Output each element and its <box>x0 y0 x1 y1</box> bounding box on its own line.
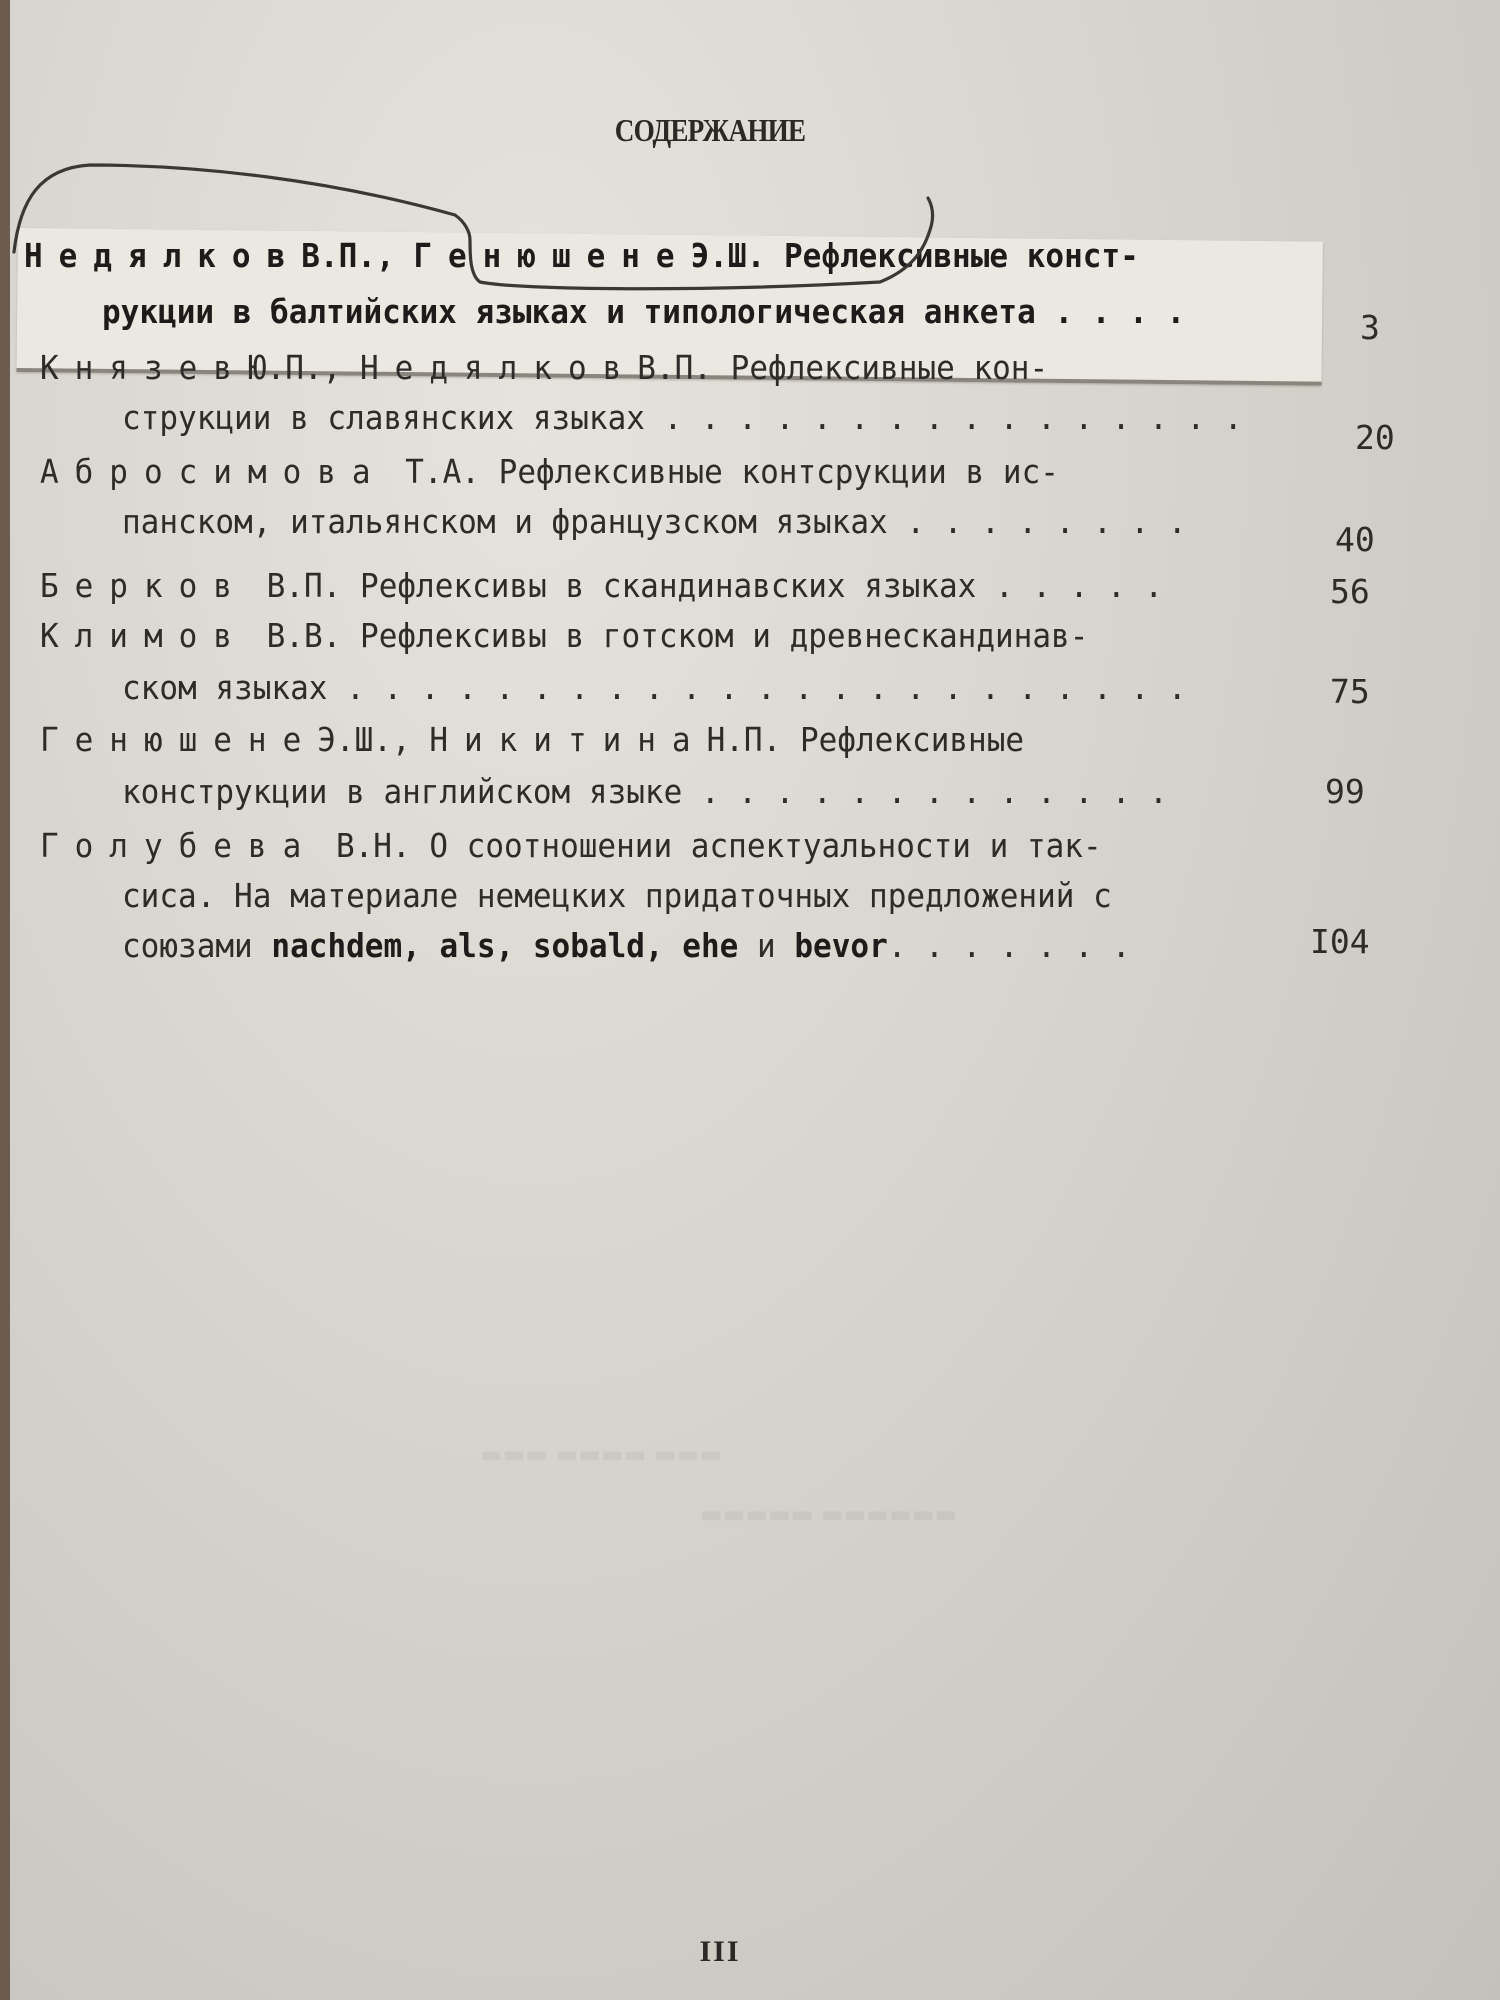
entry-title-continuation: рукции в балтийских языках и типологичес… <box>102 292 1185 332</box>
entry-title-continuation: ском языках . . . . . . . . . . . . . . … <box>122 668 1187 708</box>
entry-page-number: 20 <box>1355 418 1395 458</box>
entry-title: Рефлексивные <box>800 720 1024 759</box>
toc-entry-heading-line: Климов В.В. Рефлексивы в готском и древн… <box>40 616 1088 656</box>
author-initials: Э.Ш., <box>317 720 410 759</box>
author-surname: Климов <box>40 616 248 655</box>
page-title: СОДЕРЖАНИЕ <box>107 112 1314 149</box>
entry-title: Рефлексивы в готском и древнескандинав- <box>360 616 1088 655</box>
toc-entry-heading-line: НедялковВ.П., ГенюшенеЭ.Ш. Рефлексивные … <box>24 236 1139 276</box>
entry-page-number: 75 <box>1330 672 1370 712</box>
show-through-text: ▬▬▬▬▬ ▬▬▬▬▬▬ <box>700 1500 957 1528</box>
author-surname: Недялков <box>360 348 637 387</box>
show-through-text: ▬▬▬ ▬▬▬▬ ▬▬▬ <box>480 1440 722 1468</box>
german-conjunctions: nachdem, als, sobald, ehe <box>271 926 738 965</box>
entry-page-number: 3 <box>1360 308 1380 348</box>
author-initials: В.В. <box>267 616 342 655</box>
entry-title-continuation: конструкции в английском языке . . . . .… <box>122 772 1168 812</box>
author-surname: Берков <box>40 566 248 605</box>
author-initials: В.П. <box>637 348 712 387</box>
dot-leader: . . . . . . . <box>888 926 1131 965</box>
author-surname: Князев <box>40 348 248 387</box>
author-surname: Абросимова <box>40 452 387 491</box>
german-conjunctions: bevor <box>794 926 887 965</box>
entry-page-number: I04 <box>1310 922 1370 962</box>
author-initials: Э.Ш. <box>691 236 766 275</box>
book-spine-edge <box>0 0 10 2000</box>
entry-page-number: 40 <box>1335 520 1375 560</box>
toc-entry-heading-line: Абросимова Т.А. Рефлексивные контсрукции… <box>40 452 1059 492</box>
entry-page-number: 56 <box>1330 572 1370 612</box>
author-initials: Н.П. <box>707 720 782 759</box>
author-surname: Никитина <box>429 720 706 759</box>
entry-title-fragment: и <box>757 926 776 965</box>
author-initials: В.П. <box>267 566 342 605</box>
toc-entry-heading-line: Берков В.П. Рефлексивы в скандинавских я… <box>40 566 1163 606</box>
author-surname: Голубева <box>40 826 317 865</box>
author-initials: Т.А. <box>405 452 480 491</box>
entry-title: Рефлексивные конст- <box>784 236 1139 275</box>
entry-title-continuation: союзами nachdem, als, sobald, ehe и bevo… <box>122 926 1131 966</box>
entry-title: Рефлексивные контсрукции в ис- <box>499 452 1059 491</box>
entry-title-continuation: струкции в славянских языках . . . . . .… <box>122 398 1243 438</box>
entry-title-continuation: панском, итальянском и французском языка… <box>122 502 1187 542</box>
author-initials: Ю.П., <box>248 348 341 387</box>
author-surname: Недялков <box>24 236 301 275</box>
entry-page-number: 99 <box>1325 772 1365 812</box>
author-initials: В.Н. <box>336 826 411 865</box>
entry-title: Рефлексивы в скандинавских языках . . . … <box>360 566 1163 605</box>
toc-entry-heading-line: Голубева В.Н. О соотношении аспектуально… <box>40 826 1102 866</box>
author-surname: Генюшене <box>40 720 317 759</box>
toc-entry-heading-line: КнязевЮ.П., НедялковВ.П. Рефлексивные ко… <box>40 348 1048 388</box>
page-number-footer: III <box>0 1935 1440 1969</box>
entry-title-fragment: союзами <box>122 926 253 965</box>
entry-title: Рефлексивные кон- <box>731 348 1048 387</box>
author-surname: Генюшене <box>413 236 690 275</box>
entry-title-continuation: сиса. На материале немецких придаточных … <box>122 876 1112 916</box>
author-initials: В.П., <box>301 236 394 275</box>
entry-title: О соотношении аспектуальности и так- <box>429 826 1101 865</box>
toc-entry-heading-line: ГенюшенеЭ.Ш., НикитинаН.П. Рефлексивные <box>40 720 1024 760</box>
